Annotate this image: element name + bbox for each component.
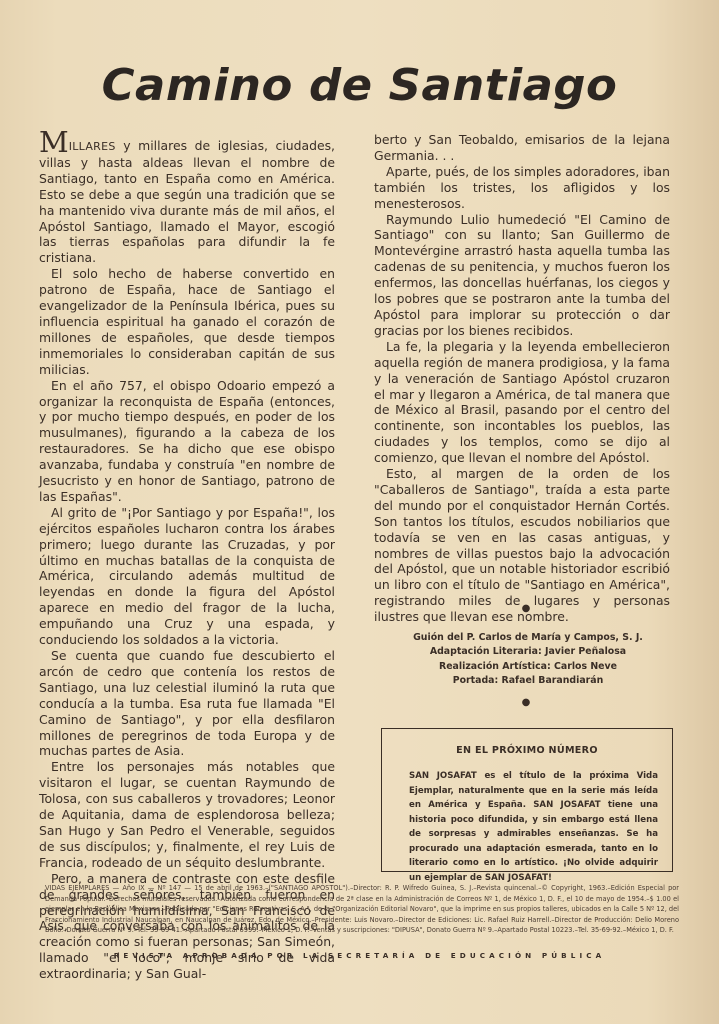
paragraph-10: La fe, la plegaria y la leyenda embellec…	[374, 339, 670, 466]
paragraph-2: El solo hecho de haberse convertido en p…	[39, 266, 335, 377]
paragraph-6: Entre los personajes más notables que vi…	[39, 759, 335, 870]
paragraph-7-end: berto y San Teobaldo, emisarios de la le…	[374, 132, 670, 164]
paragraph-11: Esto, al margen de la orden de los "Caba…	[374, 466, 670, 625]
credit-script: Guión del P. Carlos de María y Campos, S…	[380, 631, 676, 645]
credit-art: Realización Artística: Carlos Neve	[380, 660, 676, 674]
imprint-text: VIDAS EJEMPLARES — Año IX — Nº 147 — 15 …	[45, 883, 679, 936]
credit-cover: Portada: Rafael Barandiarán	[380, 674, 676, 688]
page-title: Camino de Santiago	[0, 60, 719, 111]
credits-block: Guión del P. Carlos de María y Campos, S…	[380, 631, 676, 688]
paragraph-1: MILLARES y millares de iglesias, ciudade…	[39, 132, 335, 266]
credit-literary-adaptation: Adaptación Literaria: Javier Peñalosa	[380, 645, 676, 659]
article-column-right: berto y San Teobaldo, emisarios de la le…	[374, 132, 670, 625]
separator-dot-bottom: ●	[520, 697, 532, 708]
paragraph-5: Se cuenta que cuando fue descubierto el …	[39, 648, 335, 759]
next-issue-box: EN EL PRÓXIMO NÚMERO SAN JOSAFAT es el t…	[381, 728, 673, 872]
paragraph-9: Raymundo Lulio humedeció "El Camino de S…	[374, 212, 670, 339]
next-issue-body: SAN JOSAFAT es el título de la próxima V…	[409, 769, 658, 885]
paragraph-8: Aparte, pués, de los simples adoradores,…	[374, 164, 670, 212]
approval-notice: REVISTA APROBADA POR LA SECRETARÍA DE ED…	[0, 951, 719, 960]
drop-cap: M	[39, 125, 69, 159]
opening-small-caps: ILLARES	[69, 140, 116, 153]
paragraph-3: En el año 757, el obispo Odoario empezó …	[39, 378, 335, 505]
paragraph-4: Al grito de "¡Por Santiago y por España!…	[39, 505, 335, 648]
article-column-left: MILLARES y millares de iglesias, ciudade…	[39, 132, 335, 982]
separator-dot-top: ●	[520, 603, 532, 614]
next-issue-heading: EN EL PRÓXIMO NÚMERO	[382, 745, 672, 756]
